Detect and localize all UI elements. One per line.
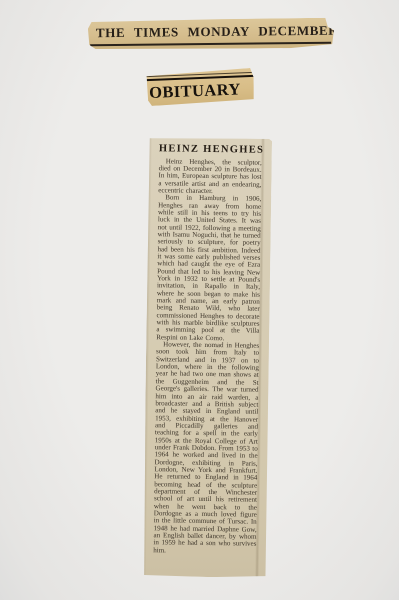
masthead-clipping: THE TIMES MONDAY DECEMBER 22 1975 [88,18,334,51]
scanned-scrapbook-page: THE TIMES MONDAY DECEMBER 22 1975 OBITUA… [0,0,399,600]
obituary-section-clipping: OBITUARY [146,68,254,106]
article-body: HEINZ HENGHES Heinz Henghes, the sculpto… [153,143,262,572]
masthead-rule [90,42,331,46]
article-headline: HEINZ HENGHES [159,143,262,155]
article-paragraph: Heinz Henghes, the sculptor, died on Dec… [158,158,262,196]
obituary-article-clipping: HEINZ HENGHES Heinz Henghes, the sculpto… [143,137,272,578]
article-paragraph: However, the nomad in Henghes soon took … [153,341,259,555]
paper-edge-shadow [143,137,152,576]
article-paragraph: Born in Hamburg in 1906, Henghes ran awa… [156,195,261,343]
obituary-section-label: OBITUARY [149,79,241,103]
masthead-text: THE TIMES MONDAY DECEMBER 22 1975 [96,22,399,41]
